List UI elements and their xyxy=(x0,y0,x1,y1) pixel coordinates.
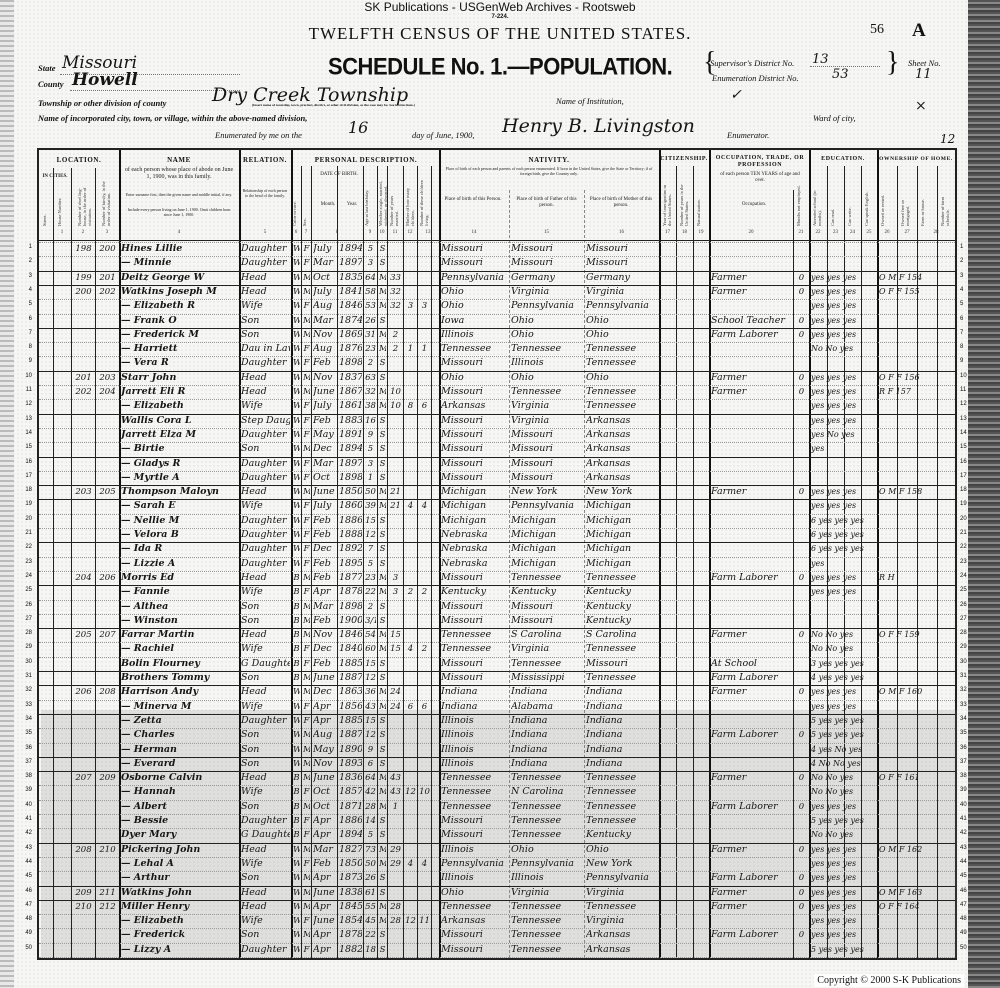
column-number: 3 xyxy=(95,230,119,235)
marital-status-cell: S xyxy=(379,471,386,485)
nativity-desc: Place of birth of each person and parent… xyxy=(443,166,655,176)
color-race-cell: B xyxy=(293,814,300,828)
column-number: 10 xyxy=(377,230,387,235)
marital-status-cell: M xyxy=(379,700,386,714)
birthplace-father-cell: Virginia xyxy=(511,285,583,299)
person-name-cell: — Frederick M xyxy=(121,328,238,342)
birth-year-cell: 1883 xyxy=(339,414,362,428)
sex-cell: F xyxy=(303,828,310,842)
vertical-column-header: Number of farm schedule. xyxy=(940,180,950,226)
line-number: 37 xyxy=(14,759,32,765)
line-number: 48 xyxy=(14,916,32,922)
education-cell: yes yes yes xyxy=(811,385,876,399)
birthplace-mother-cell: Missouri xyxy=(586,242,658,256)
institution-label: Name of Institution, xyxy=(556,96,624,106)
age-cell: 5 xyxy=(365,442,376,456)
relation-cell: Daughter xyxy=(241,514,290,528)
person-name-cell: Miller Henry xyxy=(121,900,238,914)
age-cell: 63 xyxy=(365,371,376,385)
birth-year-cell: 1841 xyxy=(339,285,362,299)
line-number: 33 xyxy=(14,702,32,708)
education-cell: yes yes yes xyxy=(811,499,876,513)
marital-status-cell: M xyxy=(379,485,386,499)
color-race-cell: B xyxy=(293,614,300,628)
marital-status-cell: S xyxy=(379,442,386,456)
occupation-cell: Farmer xyxy=(711,385,792,399)
months-unemployed-cell: 0 xyxy=(795,285,808,299)
education-cell: 6 yes yes yes xyxy=(811,514,876,528)
months-unemployed-cell: 0 xyxy=(795,871,808,885)
color-race-cell: W xyxy=(293,914,300,928)
birthplace-person-cell: Illinois xyxy=(441,843,508,857)
months-unemployed-cell: 0 xyxy=(795,728,808,742)
dwelling-number-cell: 200 xyxy=(73,285,94,299)
birth-month-cell: Dec xyxy=(313,642,336,656)
person-name-cell: — Lizzy A xyxy=(121,943,238,957)
vertical-column-header: Street. xyxy=(42,180,47,226)
birth-year-cell: 1887 xyxy=(339,728,362,742)
birth-month-cell: Dec xyxy=(313,542,336,556)
birth-month-cell: Nov xyxy=(313,371,336,385)
children-born-cell: 4 xyxy=(405,499,416,513)
education-cell: yes yes yes xyxy=(811,371,876,385)
education-cell: yes yes yes xyxy=(811,328,876,342)
years-married-cell: 43 xyxy=(389,771,402,785)
schedule-title: SCHEDULE No. 1.—POPULATION. xyxy=(328,53,672,82)
line-number: 29 xyxy=(14,644,32,650)
birthplace-mother-cell: Indiana xyxy=(586,728,658,742)
vertical-column-header: Naturalization. xyxy=(696,180,701,226)
dwelling-number-cell: 205 xyxy=(73,628,94,642)
marital-status-cell: M xyxy=(379,299,386,313)
months-unemployed-cell: 0 xyxy=(795,886,808,900)
occupation-cell: Farmer xyxy=(711,628,792,642)
sex-cell: F xyxy=(303,785,310,799)
person-name-cell: — Sarah E xyxy=(121,499,238,513)
ownership-cell: R F 157 xyxy=(879,385,954,399)
education-cell: yes yes yes xyxy=(811,485,876,499)
color-race-cell: W xyxy=(293,385,300,399)
group-citizenship: CITIZENSHIP. xyxy=(659,156,709,162)
relation-cell: Head xyxy=(241,385,290,399)
birthplace-mother-cell: Kentucky xyxy=(586,614,658,628)
children-born-cell: 4 xyxy=(405,857,416,871)
birthplace-father-cell: Illinois xyxy=(511,871,583,885)
birthplace-mother-cell: New York xyxy=(586,485,658,499)
line-number: 36 xyxy=(14,745,32,751)
line-number: 4 xyxy=(14,287,32,293)
birth-month-cell: Apr xyxy=(313,814,336,828)
person-name-cell: — Myrtle A xyxy=(121,471,238,485)
sex-cell: M xyxy=(303,285,310,299)
vertical-column-header: Farm or house. xyxy=(920,180,925,226)
color-race-cell: W xyxy=(293,299,300,313)
birth-year-cell: 1863 xyxy=(339,685,362,699)
age-cell: 9 xyxy=(365,428,376,442)
education-cell: 5 yes yes yes xyxy=(811,814,876,828)
color-race-cell: W xyxy=(293,857,300,871)
color-race-cell: W xyxy=(293,356,300,370)
line-number: 46 xyxy=(14,888,32,894)
birthplace-mother-cell: Tennessee xyxy=(586,800,658,814)
birthplace-mother-cell: S Carolina xyxy=(586,628,658,642)
color-race-cell: B xyxy=(293,628,300,642)
marital-status-cell: S xyxy=(379,371,386,385)
ownership-cell: R H xyxy=(879,571,954,585)
age-cell: 18 xyxy=(365,943,376,957)
row-rule xyxy=(39,957,955,958)
education-cell: yes yes yes xyxy=(811,414,876,428)
birth-month-cell: Apr xyxy=(313,943,336,957)
children-living-cell: 2 xyxy=(419,585,430,599)
color-race-cell: W xyxy=(293,471,300,485)
children-living-cell: 3 xyxy=(419,299,430,313)
line-number: 50 xyxy=(14,945,32,951)
form-code: 7-224. xyxy=(0,14,1000,20)
person-name-cell: — Rachiel xyxy=(121,642,238,656)
years-married-cell: 21 xyxy=(389,499,402,513)
years-married-cell: 32 xyxy=(389,285,402,299)
marital-status-cell: M xyxy=(379,342,386,356)
birth-month-cell: Feb xyxy=(313,528,336,542)
marital-status-cell: S xyxy=(379,928,386,942)
birthplace-mother-cell: Tennessee xyxy=(586,642,658,656)
birthplace-father-cell: Tennessee xyxy=(511,814,583,828)
birth-month-cell: Feb xyxy=(313,614,336,628)
column-number: 6 xyxy=(291,230,301,235)
family-number-cell: 201 xyxy=(97,271,118,285)
sex-cell: F xyxy=(303,700,310,714)
relation-cell: Wife xyxy=(241,914,290,928)
birth-month-cell: Mar xyxy=(313,314,336,328)
months-unemployed-cell: 0 xyxy=(795,900,808,914)
birthplace-person-cell: Michigan xyxy=(441,485,508,499)
relation-cell: Son xyxy=(241,728,290,742)
age-cell: 7 xyxy=(365,542,376,556)
vertical-column-header: Attended school (in months). xyxy=(812,180,822,226)
birth-month-cell: Nov xyxy=(313,328,336,342)
census-sheet: SK Publications - USGenWeb Archives - Ro… xyxy=(0,0,968,988)
sex-cell: F xyxy=(303,542,310,556)
person-name-cell: — Althea xyxy=(121,600,238,614)
birthplace-mother-cell: Ohio xyxy=(586,314,658,328)
age-cell: 2 xyxy=(365,600,376,614)
birthplace-mother-cell: Ohio xyxy=(586,328,658,342)
birth-year-cell: 1867 xyxy=(339,385,362,399)
person-name-cell: — Ida R xyxy=(121,542,238,556)
ownership-cell: O F F 161 xyxy=(879,771,954,785)
birthplace-father-cell: Virginia xyxy=(511,642,583,656)
birthplace-father-cell: Germany xyxy=(511,271,583,285)
age-cell: 23 xyxy=(365,342,376,356)
ownership-cell: O M F 158 xyxy=(879,485,954,499)
birthplace-person-cell: Pennsylvania xyxy=(441,271,508,285)
vertical-column-header: Color or race. xyxy=(292,180,297,226)
marital-status-cell: S xyxy=(379,557,386,571)
line-number: 1 xyxy=(14,244,32,250)
birth-year-cell: 1878 xyxy=(339,585,362,599)
age-cell: 12 xyxy=(365,671,376,685)
line-number: 6 xyxy=(14,316,32,322)
color-race-cell: B xyxy=(293,785,300,799)
dwelling-number-cell: 204 xyxy=(73,571,94,585)
marital-status-cell: S xyxy=(379,743,386,757)
age-cell: 2 xyxy=(365,356,376,370)
marital-status-cell: S xyxy=(379,528,386,542)
birthplace-mother-cell: Arkansas xyxy=(586,928,658,942)
birthplace-father-cell: Virginia xyxy=(511,414,583,428)
birth-month-cell: Oct xyxy=(313,471,336,485)
supervisor-label: Supervisor's District No. xyxy=(710,58,794,68)
birthplace-father-cell: Tennessee xyxy=(511,385,583,399)
column-number: 26 xyxy=(877,230,897,235)
color-race-cell: W xyxy=(293,528,300,542)
children-living-cell: 4 xyxy=(419,499,430,513)
birthplace-person-cell: Pennsylvania xyxy=(441,857,508,871)
color-race-cell: W xyxy=(293,728,300,742)
marital-status-cell: S xyxy=(379,886,386,900)
children-living-cell: 11 xyxy=(419,914,430,928)
birthplace-person-cell: Ohio xyxy=(441,371,508,385)
person-name-cell: — Minnie xyxy=(121,256,238,270)
age-cell: 39 xyxy=(365,499,376,513)
birthplace-person-cell: Illinois xyxy=(441,714,508,728)
birthplace-person-cell: Kentucky xyxy=(441,585,508,599)
marital-status-cell: M xyxy=(379,285,386,299)
months-unemployed-cell: 0 xyxy=(795,371,808,385)
occupation-cell: Farmer xyxy=(711,371,792,385)
line-number: 35 xyxy=(14,730,32,736)
relation-cell: Son xyxy=(241,314,290,328)
color-race-cell: W xyxy=(293,943,300,957)
name-instr-1: Enter surname first, then the given name… xyxy=(123,192,235,197)
person-name-cell: — Elizabeth R xyxy=(121,299,238,313)
pob-mother-head: Place of birth of Mother of this person. xyxy=(587,197,655,209)
color-race-cell: B xyxy=(293,571,300,585)
education-cell: yes xyxy=(811,442,876,456)
dwelling-number-cell: 207 xyxy=(73,771,94,785)
relation-cell: Son xyxy=(241,871,290,885)
marital-status-cell: M xyxy=(379,900,386,914)
relation-cell: Daughter xyxy=(241,428,290,442)
page-edge-right xyxy=(968,0,1000,988)
marital-status-cell: S xyxy=(379,356,386,370)
marital-status-cell: S xyxy=(379,671,386,685)
birth-year-cell: 1856 xyxy=(339,700,362,714)
enumerator-name: Henry B. Livingston xyxy=(502,115,695,137)
person-name-cell: Jarrett Elza M xyxy=(121,428,238,442)
column-number: 19 xyxy=(693,230,709,235)
children-born-cell: 6 xyxy=(405,700,416,714)
birthplace-person-cell: Missouri xyxy=(441,256,508,270)
birth-year-cell: 1878 xyxy=(339,928,362,942)
marital-status-cell: S xyxy=(379,614,386,628)
birth-month-cell: Apr xyxy=(313,900,336,914)
birth-month-cell: June xyxy=(313,485,336,499)
relation-cell: Daughter xyxy=(241,242,290,256)
color-race-cell: W xyxy=(293,314,300,328)
birthplace-father-cell: Virginia xyxy=(511,886,583,900)
months-unemployed-cell: 0 xyxy=(795,800,808,814)
birthplace-mother-cell: Indiana xyxy=(586,685,658,699)
education-cell: 4 No No yes xyxy=(811,757,876,771)
sex-cell: F xyxy=(303,471,310,485)
birth-year-cell: 1898 xyxy=(339,471,362,485)
column-number: 16 xyxy=(584,230,659,235)
birthplace-mother-cell: Tennessee xyxy=(586,399,658,413)
ownership-cell: O M F 154 xyxy=(879,271,954,285)
line-number: 45 xyxy=(14,873,32,879)
column-number: 22 xyxy=(809,230,827,235)
birth-year-cell: 1886 xyxy=(339,814,362,828)
sex-cell: F xyxy=(303,428,310,442)
birth-month-cell: Oct xyxy=(313,800,336,814)
dwelling-number-cell: 206 xyxy=(73,685,94,699)
line-number: 7 xyxy=(14,330,32,336)
person-name-cell: — Birtie xyxy=(121,442,238,456)
ownership-cell: O F F 159 xyxy=(879,628,954,642)
birthplace-person-cell: Missouri xyxy=(441,814,508,828)
column-number: 24 xyxy=(844,230,861,235)
line-number: 21 xyxy=(14,530,32,536)
birth-month-cell: Mar xyxy=(313,600,336,614)
line-number: 30 xyxy=(14,659,32,665)
name-desc: of each person whose place of abode on J… xyxy=(123,167,235,181)
birth-month-cell: Mar xyxy=(313,843,336,857)
birthplace-mother-cell: Indiana xyxy=(586,700,658,714)
months-unemployed-cell: 0 xyxy=(795,843,808,857)
birth-year-cell: 1876 xyxy=(339,342,362,356)
birthplace-father-cell: Michigan xyxy=(511,542,583,556)
months-unemployed-cell: 0 xyxy=(795,685,808,699)
age-cell: 61 xyxy=(365,886,376,900)
relation-cell: Step Daughter xyxy=(241,414,290,428)
education-cell: yes yes yes xyxy=(811,314,876,328)
age-cell: 53 xyxy=(365,299,376,313)
sex-cell: M xyxy=(303,314,310,328)
column-number: 17 xyxy=(659,230,676,235)
group-education: EDUCATION. xyxy=(809,156,877,162)
education-cell: 5 yes yes yes xyxy=(811,714,876,728)
color-race-cell: B xyxy=(293,800,300,814)
birth-month-cell: July xyxy=(313,499,336,513)
person-name-cell: — Elizabeth xyxy=(121,399,238,413)
person-name-cell: — Lehal A xyxy=(121,857,238,871)
relation-desc: Relationship of each person to the head … xyxy=(241,188,289,198)
dwelling-number-cell: 209 xyxy=(73,886,94,900)
birthplace-mother-cell: Tennessee xyxy=(586,771,658,785)
birthplace-person-cell: Missouri xyxy=(441,471,508,485)
age-cell: 22 xyxy=(365,928,376,942)
ownership-cell: O M F 162 xyxy=(879,843,954,857)
family-number-cell: 208 xyxy=(97,685,118,699)
birthplace-mother-cell: Pennsylvania xyxy=(586,871,658,885)
color-race-cell: W xyxy=(293,285,300,299)
group-ownership: OWNERSHIP OF HOME. xyxy=(877,156,955,162)
marital-status-cell: M xyxy=(379,843,386,857)
relation-cell: Wife xyxy=(241,700,290,714)
color-race-cell: W xyxy=(293,442,300,456)
sex-cell: F xyxy=(303,943,310,957)
birthplace-person-cell: Arkansas xyxy=(441,399,508,413)
birthplace-mother-cell: Indiana xyxy=(586,757,658,771)
education-cell: yes yes yes xyxy=(811,685,876,699)
birthplace-mother-cell: Ohio xyxy=(586,843,658,857)
color-race-cell: W xyxy=(293,843,300,857)
person-name-cell: — Zetta xyxy=(121,714,238,728)
ownership-cell: O F F 155 xyxy=(879,285,954,299)
person-name-cell: — Arthur xyxy=(121,871,238,885)
children-living-cell: 10 xyxy=(419,785,430,799)
person-name-cell: Harrison Andy xyxy=(121,685,238,699)
birth-month-cell: Feb xyxy=(313,657,336,671)
vertical-column-header: Can write. xyxy=(847,180,852,226)
birth-year-cell: 1892 xyxy=(339,542,362,556)
marital-status-cell: S xyxy=(379,457,386,471)
birthplace-person-cell: Tennessee xyxy=(441,771,508,785)
marital-status-cell: M xyxy=(379,571,386,585)
education-cell: No No yes xyxy=(811,628,876,642)
education-cell: 6 yes yes yes xyxy=(811,542,876,556)
group-personal: PERSONAL DESCRIPTION. xyxy=(291,156,441,164)
birth-year-cell: 1894 xyxy=(339,828,362,842)
line-number: 22 xyxy=(14,544,32,550)
birthplace-father-cell: Alabama xyxy=(511,700,583,714)
birthplace-father-cell: Indiana xyxy=(511,714,583,728)
relation-cell: Head xyxy=(241,371,290,385)
age-cell: 3 xyxy=(365,256,376,270)
sex-cell: M xyxy=(303,671,310,685)
vertical-column-header: House Number. xyxy=(57,180,62,226)
occupation-cell: Farmer xyxy=(711,900,792,914)
person-name-cell: — Winston xyxy=(121,614,238,628)
birthplace-father-cell: Tennessee xyxy=(511,657,583,671)
vertical-column-header: Number of family, in the order of visita… xyxy=(101,180,111,226)
birth-year-cell: 1846 xyxy=(339,299,362,313)
page-number: 56 xyxy=(870,22,884,38)
relation-cell: Son xyxy=(241,800,290,814)
birthplace-father-cell: Ohio xyxy=(511,314,583,328)
age-cell: 15 xyxy=(365,714,376,728)
birthplace-mother-cell: Kentucky xyxy=(586,585,658,599)
sex-cell: M xyxy=(303,271,310,285)
birthplace-mother-cell: Kentucky xyxy=(586,600,658,614)
color-race-cell: B xyxy=(293,585,300,599)
age-cell: 15 xyxy=(365,657,376,671)
line-number: 23 xyxy=(14,559,32,565)
birthplace-mother-cell: Indiana xyxy=(586,743,658,757)
birthplace-father-cell: Ohio xyxy=(511,371,583,385)
birthplace-father-cell: Illinois xyxy=(511,356,583,370)
birth-month-cell: Mar xyxy=(313,457,336,471)
birth-year-cell: 1885 xyxy=(339,714,362,728)
vertical-column-header: Year of immigration to the United States… xyxy=(662,180,672,226)
children-born-cell: 8 xyxy=(405,399,416,413)
years-married-cell: 24 xyxy=(389,700,402,714)
birthplace-father-cell: Indiana xyxy=(511,757,583,771)
birth-month-cell: Feb xyxy=(313,414,336,428)
marital-status-cell: S xyxy=(379,814,386,828)
line-number: 17 xyxy=(14,473,32,479)
relation-cell: Son xyxy=(241,600,290,614)
education-cell: yes No yes xyxy=(811,428,876,442)
pob-father-head: Place of birth of Father of this person. xyxy=(514,197,579,209)
education-cell: yes yes yes xyxy=(811,886,876,900)
census-title: TWELFTH CENSUS OF THE UNITED STATES. xyxy=(0,24,1000,44)
enumerator-label: Enumerator. xyxy=(727,130,769,140)
enumerated-label: Enumerated by me on the xyxy=(215,130,302,140)
color-race-cell: B xyxy=(293,828,300,842)
